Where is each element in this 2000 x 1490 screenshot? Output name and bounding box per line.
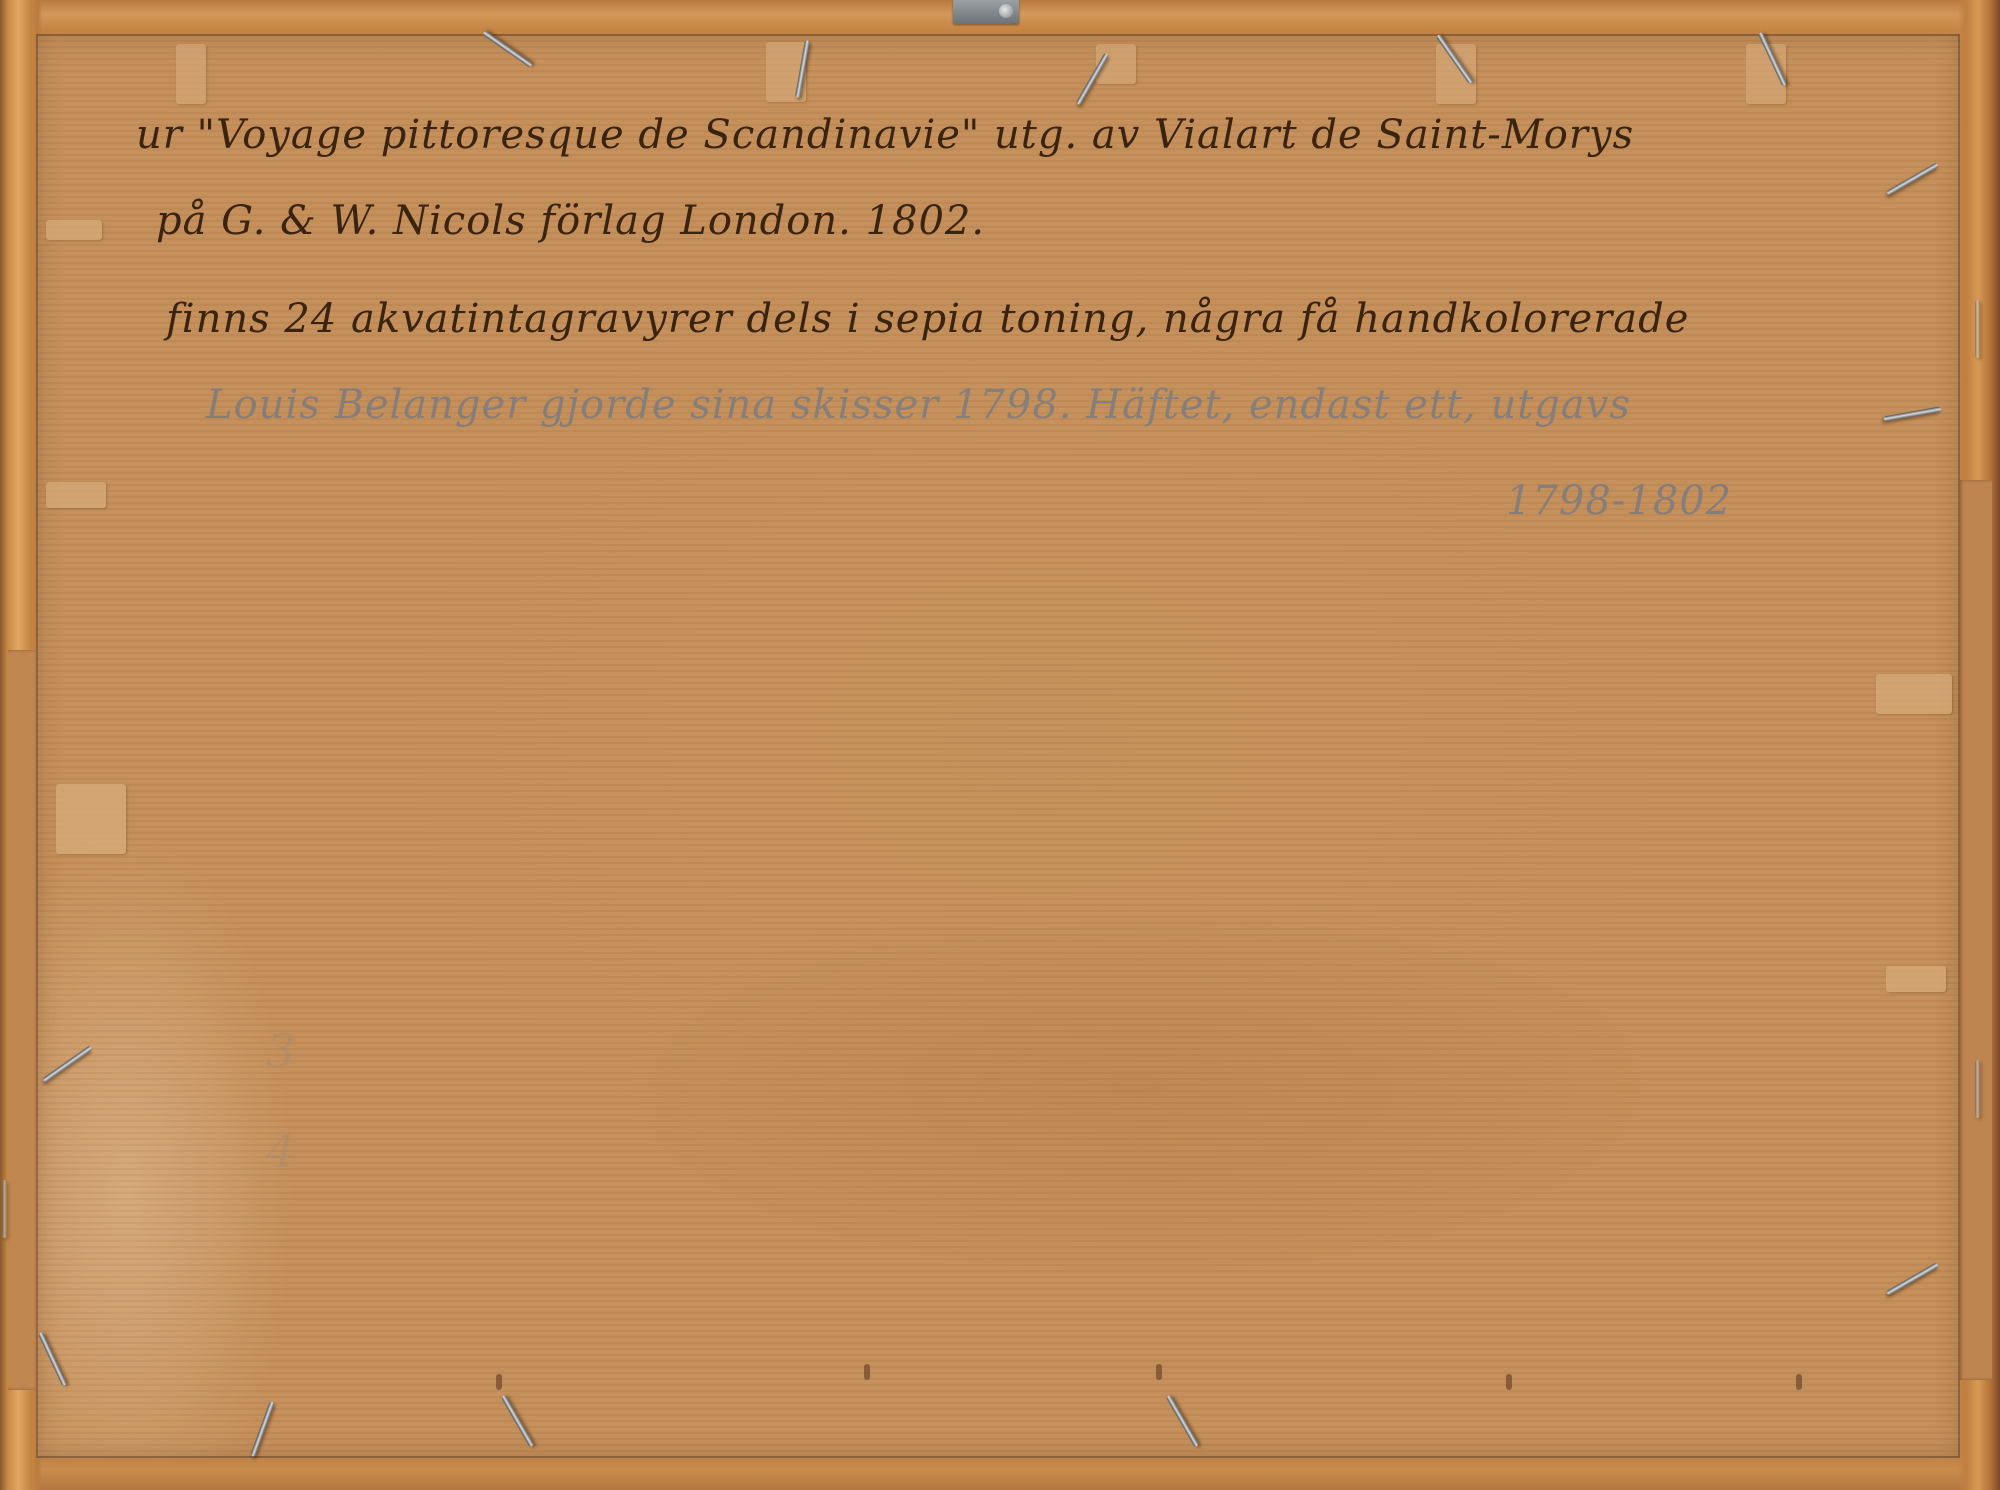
paper-tear	[46, 482, 106, 508]
nail	[2, 1180, 7, 1238]
faint-pencil-mark: 4	[266, 1124, 295, 1178]
faint-pencil-mark: 3	[266, 1024, 295, 1078]
right-tape-strip	[1958, 480, 1992, 1380]
inscription-line-1: ur "Voyage pittoresque de Scandinavie" u…	[136, 112, 1634, 158]
screw-icon	[999, 4, 1013, 18]
paper-tear	[46, 220, 102, 240]
paper-tear	[56, 784, 126, 854]
kraft-paper-backing: ur "Voyage pittoresque de Scandinavie" u…	[36, 34, 1960, 1458]
paper-tear	[1886, 966, 1946, 992]
nail	[1975, 1060, 1980, 1118]
metal-hanger-plate	[953, 0, 1019, 24]
rust-stain	[1506, 1374, 1512, 1390]
inscription-line-3: finns 24 akvatintagravyrer dels i sepia …	[166, 296, 1689, 342]
paper-tear	[1436, 44, 1476, 104]
paper-tear	[1876, 674, 1952, 714]
rust-stain	[1796, 1374, 1802, 1390]
inscription-line-2: på G. & W. Nicols förlag London. 1802.	[156, 198, 985, 244]
rust-stain	[864, 1364, 870, 1380]
rust-stain	[1156, 1364, 1162, 1380]
paper-tear	[176, 44, 206, 104]
pencil-note-line-2: 1798-1802	[1506, 478, 1732, 524]
pencil-note-line-1: Louis Belanger gjorde sina skisser 1798.…	[206, 382, 1631, 428]
nail	[1975, 300, 1980, 358]
rust-stain	[496, 1374, 502, 1390]
